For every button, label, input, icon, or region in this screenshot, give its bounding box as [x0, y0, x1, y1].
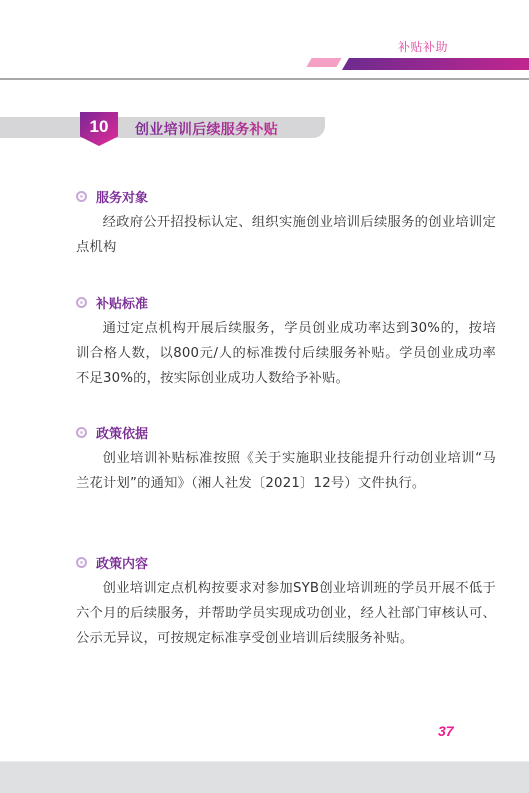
circle-bullet-icon: [76, 427, 87, 438]
section-title: 政策依据: [96, 423, 148, 442]
header-rule: [0, 78, 529, 80]
section-body: 经政府公开招投标认定、组织实施创业培训后续服务的创业培训定点机构: [76, 210, 496, 260]
section-title: 服务对象: [96, 187, 148, 206]
section-heading: 服务对象: [76, 186, 496, 206]
section-heading: 政策内容: [76, 552, 496, 572]
circle-bullet-icon: [76, 297, 87, 308]
circle-bullet-icon: [76, 191, 87, 202]
section-title: 补贴标准: [96, 293, 148, 312]
section-body: 创业培训定点机构按要求对参加SYB创业培训班的学员开展不低于六个月的后续服务，并…: [76, 576, 496, 651]
section-policy-content: 政策内容 创业培训定点机构按要求对参加SYB创业培训班的学员开展不低于六个月的后…: [76, 552, 496, 651]
section-body: 创业培训补贴标准按照《关于实施职业技能提升行动创业培训“马兰花计划”的通知》（湘…: [76, 446, 496, 496]
header-decor-stripe-gradient: [342, 58, 529, 70]
chapter-number-badge: 10: [80, 112, 118, 146]
header-decor-stripe-pink: [306, 58, 341, 67]
chapter-number: 10: [90, 117, 109, 137]
section-service-target: 服务对象 经政府公开招投标认定、组织实施创业培训后续服务的创业培训定点机构: [76, 186, 496, 260]
section-heading: 政策依据: [76, 422, 496, 442]
chapter-title: 创业培训后续服务补贴: [135, 119, 278, 139]
section-heading: 补贴标准: [76, 292, 496, 312]
running-head: 补贴补助: [398, 38, 448, 55]
circle-bullet-icon: [76, 557, 87, 568]
section-body: 通过定点机构开展后续服务，学员创业成功率达到30%的，按培训合格人数，以800元…: [76, 316, 496, 391]
section-subsidy-standard: 补贴标准 通过定点机构开展后续服务，学员创业成功率达到30%的，按培训合格人数，…: [76, 292, 496, 391]
document-page: 补贴补助 10 创业培训后续服务补贴 服务对象 经政府公开招投标认定、组织实施创…: [0, 0, 529, 793]
section-title: 政策内容: [96, 553, 148, 572]
footer-band: [0, 761, 529, 793]
section-policy-basis: 政策依据 创业培训补贴标准按照《关于实施职业技能提升行动创业培训“马兰花计划”的…: [76, 422, 496, 496]
page-number: 37: [438, 723, 454, 739]
